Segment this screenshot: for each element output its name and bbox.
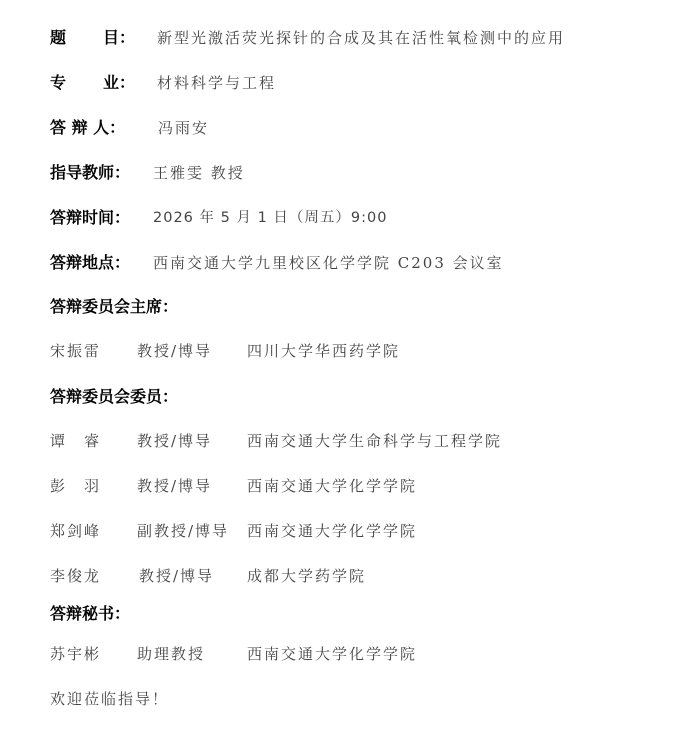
committee-heading: 答辩委员会委员： bbox=[50, 386, 178, 408]
location-label: 答辩地点： bbox=[50, 252, 130, 274]
member-title: 教授/博导 bbox=[137, 340, 212, 362]
member-name: 彭 羽 bbox=[50, 475, 101, 497]
time-value: 2026 年 5 月 1 日（周五）9:00 bbox=[153, 207, 387, 229]
member-title: 教授/博导 bbox=[139, 565, 214, 587]
member-institution: 西南交通大学化学学院 bbox=[247, 475, 417, 497]
member-institution: 成都大学药学院 bbox=[247, 565, 366, 587]
topic-label-2: 目： bbox=[103, 27, 135, 49]
member-institution: 西南交通大学化学学院 bbox=[247, 520, 417, 542]
chair-heading: 答辩委员会主席： bbox=[50, 296, 178, 318]
location-value: 西南交通大学九里校区化学学院 C203 会议室 bbox=[153, 252, 504, 274]
member-title: 教授/博导 bbox=[137, 475, 212, 497]
member-institution: 西南交通大学化学学院 bbox=[247, 643, 417, 665]
member-name: 谭 睿 bbox=[50, 430, 101, 452]
member-title: 教授/博导 bbox=[137, 430, 212, 452]
member-name: 苏宇彬 bbox=[50, 643, 101, 665]
member-name: 李俊龙 bbox=[50, 565, 101, 587]
member-title: 副教授/博导 bbox=[137, 520, 229, 542]
defender-label: 答 辩 人： bbox=[50, 117, 125, 139]
member-title: 助理教授 bbox=[137, 643, 205, 665]
major-value: 材料科学与工程 bbox=[157, 72, 276, 94]
defender-value: 冯雨安 bbox=[158, 117, 209, 139]
major-label-2: 业： bbox=[103, 72, 135, 94]
topic-label-1: 题 bbox=[50, 27, 66, 49]
major-label-1: 专 bbox=[50, 72, 66, 94]
member-institution: 西南交通大学生命科学与工程学院 bbox=[247, 430, 502, 452]
member-name: 宋振雷 bbox=[50, 340, 101, 362]
advisor-value: 王雅雯 教授 bbox=[153, 162, 245, 184]
secretary-heading: 答辩秘书： bbox=[50, 603, 130, 625]
topic-value: 新型光激活荧光探针的合成及其在活性氧检测中的应用 bbox=[157, 27, 565, 49]
time-label: 答辩时间： bbox=[50, 207, 130, 229]
member-institution: 四川大学华西药学院 bbox=[247, 340, 400, 362]
closing-text: 欢迎莅临指导！ bbox=[50, 688, 169, 710]
member-name: 郑剑峰 bbox=[50, 520, 101, 542]
advisor-label: 指导教师： bbox=[50, 162, 130, 184]
